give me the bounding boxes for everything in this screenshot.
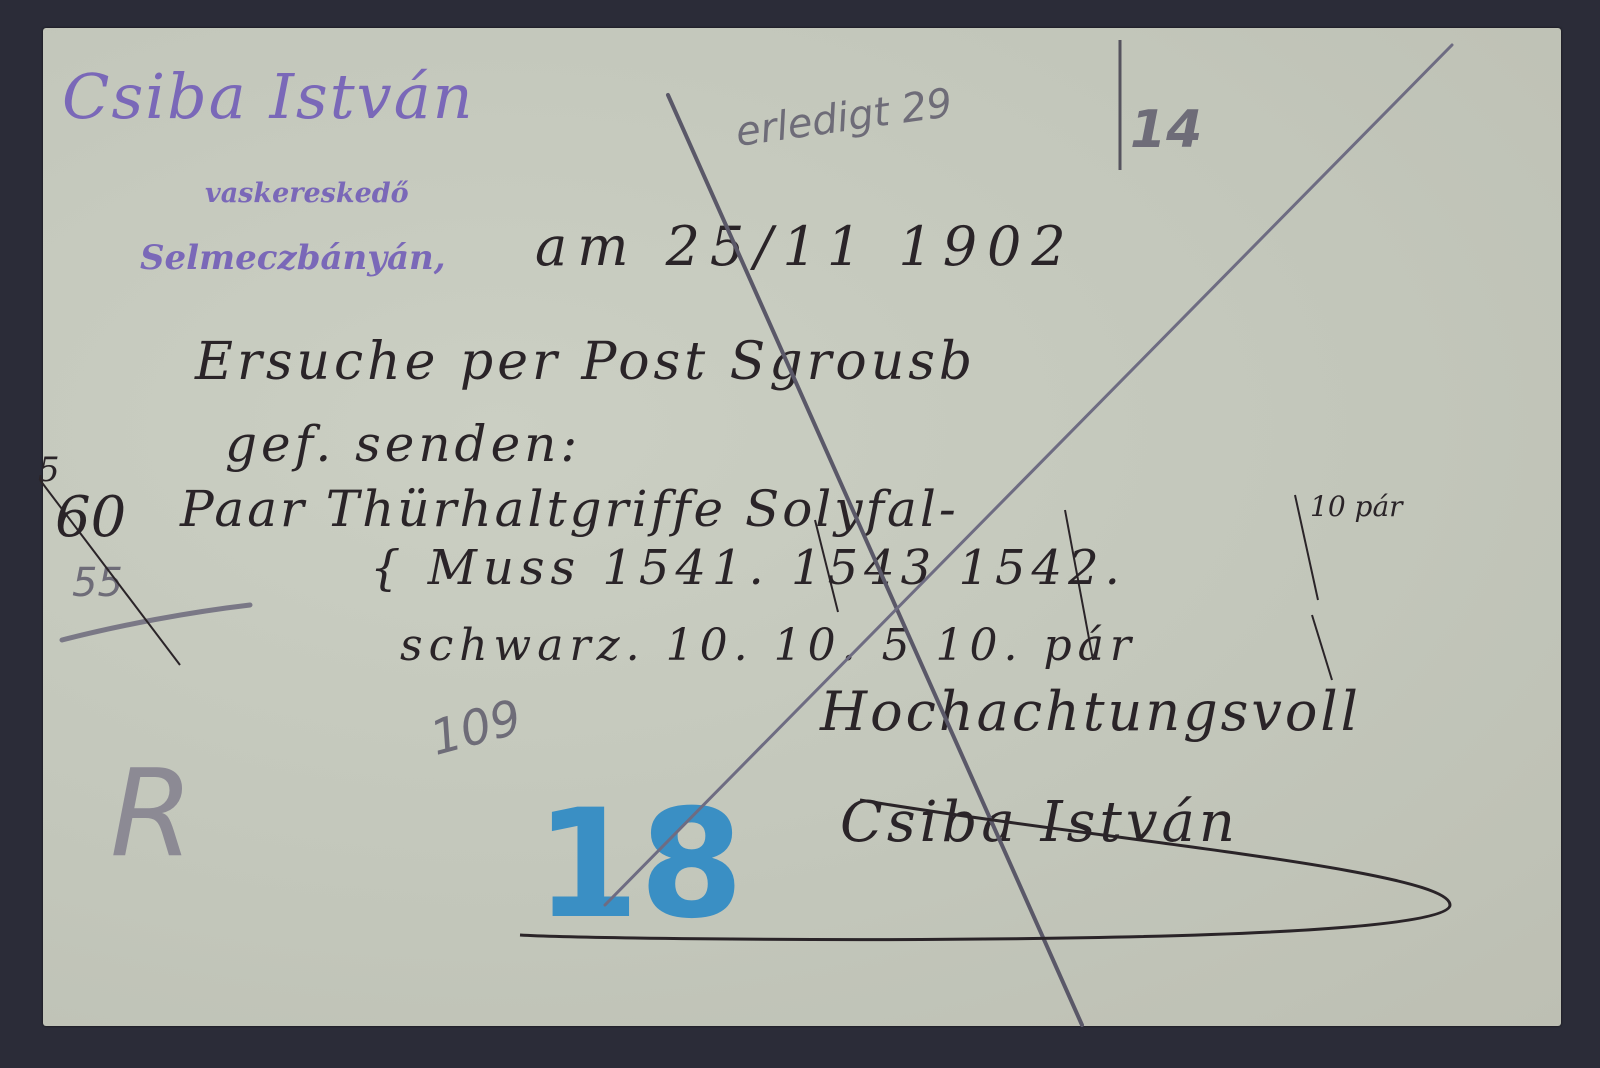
stamp-sender-name: Csiba István — [62, 60, 475, 133]
margin-mark-55: 55 — [72, 560, 123, 606]
pencil-mark-14: 14 — [1130, 100, 1202, 160]
letter-line-4-note: 10 pár — [1310, 490, 1403, 523]
letter-closing: Hochachtungsvoll — [820, 680, 1361, 743]
letter-line-5: schwarz. 10. 10. 5 10. pár — [400, 620, 1137, 671]
letter-date-line: am 25/11 1902 — [535, 215, 1076, 278]
letter-line-3: Paar Thürhaltgriffe Solyfal- — [180, 480, 959, 538]
stamp-sender-trade: vaskereskedő — [205, 178, 409, 209]
letter-line-1: Ersuche per Post Sgrousb — [195, 332, 976, 392]
stamp-sender-town: Selmeczbányán, — [140, 238, 446, 278]
letter-signature: Csiba István — [840, 790, 1239, 855]
margin-mark-5: 5 — [38, 450, 60, 490]
pencil-initial: R — [110, 745, 193, 884]
letter-line-4: { Muss 1541. 1543 1542. — [370, 540, 1126, 596]
blue-crayon-number-18: 18 — [535, 790, 744, 940]
letter-line-2: gef. senden: — [225, 415, 581, 473]
letter-quantity: 60 — [55, 485, 126, 550]
